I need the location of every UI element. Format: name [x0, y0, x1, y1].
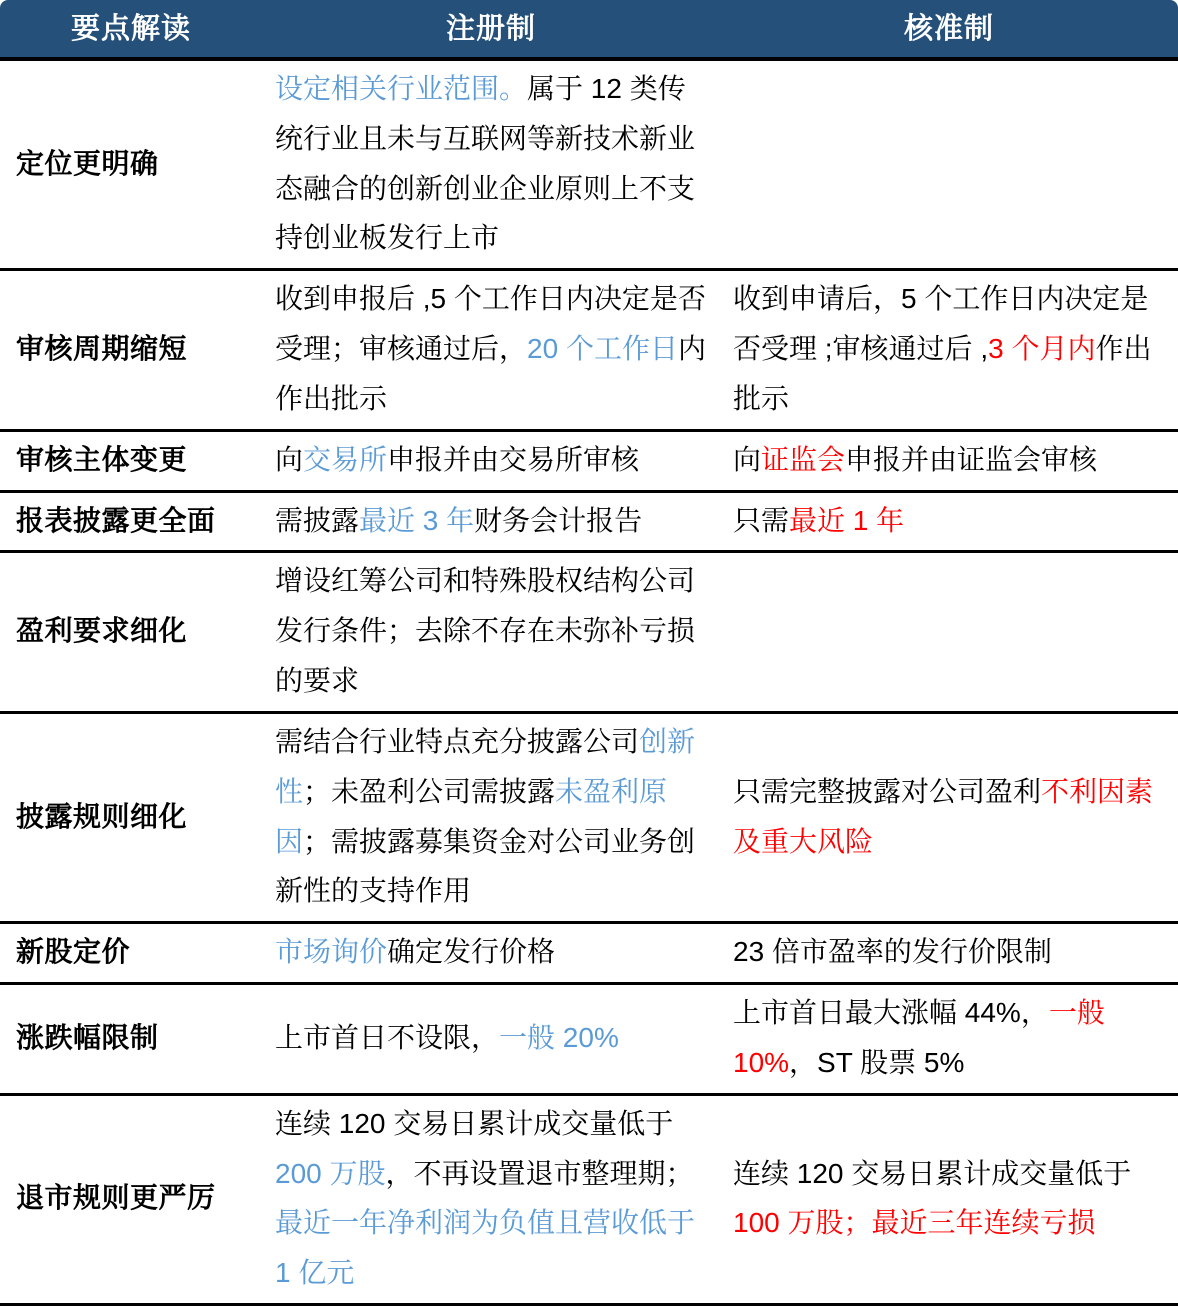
text-segment: 一般 20%	[499, 1022, 619, 1053]
registration-cell: 上市首日不设限，一般 20%	[262, 984, 720, 1095]
text-segment: 市场询价	[275, 936, 387, 967]
row-label: 报表披露更全面	[0, 491, 262, 552]
table-row: 涨跌幅限制上市首日不设限，一般 20%上市首日最大涨幅 44%，一般 10%，S…	[0, 984, 1178, 1095]
registration-cell: 设定相关行业范围。属于 12 类传统行业且未与互联网等新技术新业态融合的创新创业…	[262, 59, 720, 270]
text-segment: 3 个月内	[988, 333, 1095, 364]
text-segment: 申报并由交易所审核	[387, 444, 639, 475]
table-row: 披露规则细化需结合行业特点充分披露公司创新性；未盈利公司需披露未盈利原因；需披露…	[0, 712, 1178, 922]
row-label: 披露规则细化	[0, 712, 262, 922]
text-segment: 向	[275, 444, 303, 475]
text-segment: 需结合行业特点充分披露公司	[275, 726, 639, 757]
table-body: 定位更明确设定相关行业范围。属于 12 类传统行业且未与互联网等新技术新业态融合…	[0, 59, 1178, 1305]
registration-cell: 增设红筹公司和特殊股权结构公司发行条件；去除不存在未弥补亏损的要求	[262, 552, 720, 712]
row-label: 退市规则更严厉	[0, 1094, 262, 1304]
text-segment: 申报并由证监会审核	[845, 444, 1097, 475]
table-row: 报表披露更全面需披露最近 3 年财务会计报告只需最近 1 年	[0, 491, 1178, 552]
text-segment: ；未盈利公司需披露	[303, 776, 555, 807]
header-approval-system: 核准制	[720, 0, 1178, 59]
text-segment: 连续 120 交易日累计成交量低于	[733, 1158, 1131, 1189]
row-label: 新股定价	[0, 923, 262, 984]
row-label: 审核主体变更	[0, 430, 262, 491]
text-segment: ，不再设置退市整理期；	[386, 1158, 694, 1189]
approval-cell	[720, 59, 1178, 270]
approval-cell: 收到申请后，5 个工作日内决定是否受理 ;审核通过后 ,3 个月内作出批示	[720, 270, 1178, 430]
text-segment: 增设红筹公司和特殊股权结构公司发行条件；去除不存在未弥补亏损的要求	[275, 565, 695, 696]
registration-cell: 连续 120 交易日累计成交量低于200 万股，不再设置退市整理期；最近一年净利…	[262, 1094, 720, 1304]
registration-cell: 向交易所申报并由交易所审核	[262, 430, 720, 491]
approval-cell: 连续 120 交易日累计成交量低于100 万股；最近三年连续亏损	[720, 1094, 1178, 1304]
registration-cell: 需披露最近 3 年财务会计报告	[262, 491, 720, 552]
comparison-page: 要点解读 注册制 核准制 定位更明确设定相关行业范围。属于 12 类传统行业且未…	[0, 0, 1178, 1306]
approval-cell: 只需最近 1 年	[720, 491, 1178, 552]
text-segment: 连续 120 交易日累计成交量低于	[275, 1108, 673, 1139]
approval-cell	[720, 552, 1178, 712]
text-segment: 23 倍市盈率的发行价限制	[733, 936, 1052, 967]
registration-cell: 收到申报后 ,5 个工作日内决定是否受理；审核通过后，20 个工作日内作出批示	[262, 270, 720, 430]
text-segment: 需披露	[275, 505, 359, 536]
table-row: 定位更明确设定相关行业范围。属于 12 类传统行业且未与互联网等新技术新业态融合…	[0, 59, 1178, 270]
text-segment: 证监会	[761, 444, 845, 475]
row-label: 审核周期缩短	[0, 270, 262, 430]
table-row: 退市规则更严厉连续 120 交易日累计成交量低于200 万股，不再设置退市整理期…	[0, 1094, 1178, 1304]
approval-cell: 只需完整披露对公司盈利不利因素及重大风险	[720, 712, 1178, 922]
table-row: 审核主体变更向交易所申报并由交易所审核向证监会申报并由证监会审核	[0, 430, 1178, 491]
text-segment: ；需披露募集资金对公司业务创新性的支持作用	[275, 826, 695, 907]
row-label: 涨跌幅限制	[0, 984, 262, 1095]
text-segment: 最近 1 年	[789, 505, 904, 536]
text-segment: 200 万股	[275, 1158, 386, 1189]
text-segment: 确定发行价格	[387, 936, 555, 967]
header-key-points: 要点解读	[0, 0, 262, 59]
comparison-table: 要点解读 注册制 核准制 定位更明确设定相关行业范围。属于 12 类传统行业且未…	[0, 0, 1178, 1306]
text-segment: 100 万股；最近三年连续亏损	[733, 1207, 1096, 1238]
text-segment: 最近一年净利润为负值且营收低于 1 亿元	[275, 1207, 695, 1288]
approval-cell: 向证监会申报并由证监会审核	[720, 430, 1178, 491]
text-segment: 设定相关行业范围。	[275, 73, 527, 104]
text-segment: 最近 3 年	[359, 505, 474, 536]
text-segment: 交易所	[303, 444, 387, 475]
text-segment: 只需	[733, 505, 789, 536]
header-registration-system: 注册制	[262, 0, 720, 59]
text-segment: 财务会计报告	[474, 505, 642, 536]
registration-cell: 需结合行业特点充分披露公司创新性；未盈利公司需披露未盈利原因；需披露募集资金对公…	[262, 712, 720, 922]
text-segment: 向	[733, 444, 761, 475]
approval-cell: 23 倍市盈率的发行价限制	[720, 923, 1178, 984]
header-row: 要点解读 注册制 核准制	[0, 0, 1178, 59]
text-segment: ，ST 股票 5%	[789, 1047, 964, 1078]
table-row: 新股定价市场询价确定发行价格23 倍市盈率的发行价限制	[0, 923, 1178, 984]
text-segment: 上市首日不设限，	[275, 1022, 499, 1053]
row-label: 盈利要求细化	[0, 552, 262, 712]
text-segment: 20 个工作日	[527, 333, 678, 364]
registration-cell: 市场询价确定发行价格	[262, 923, 720, 984]
table-row: 盈利要求细化增设红筹公司和特殊股权结构公司发行条件；去除不存在未弥补亏损的要求	[0, 552, 1178, 712]
row-label: 定位更明确	[0, 59, 262, 270]
table-row: 审核周期缩短收到申报后 ,5 个工作日内决定是否受理；审核通过后，20 个工作日…	[0, 270, 1178, 430]
approval-cell: 上市首日最大涨幅 44%，一般 10%，ST 股票 5%	[720, 984, 1178, 1095]
text-segment: 只需完整披露对公司盈利	[733, 776, 1041, 807]
text-segment: 上市首日最大涨幅 44%，	[733, 997, 1049, 1028]
